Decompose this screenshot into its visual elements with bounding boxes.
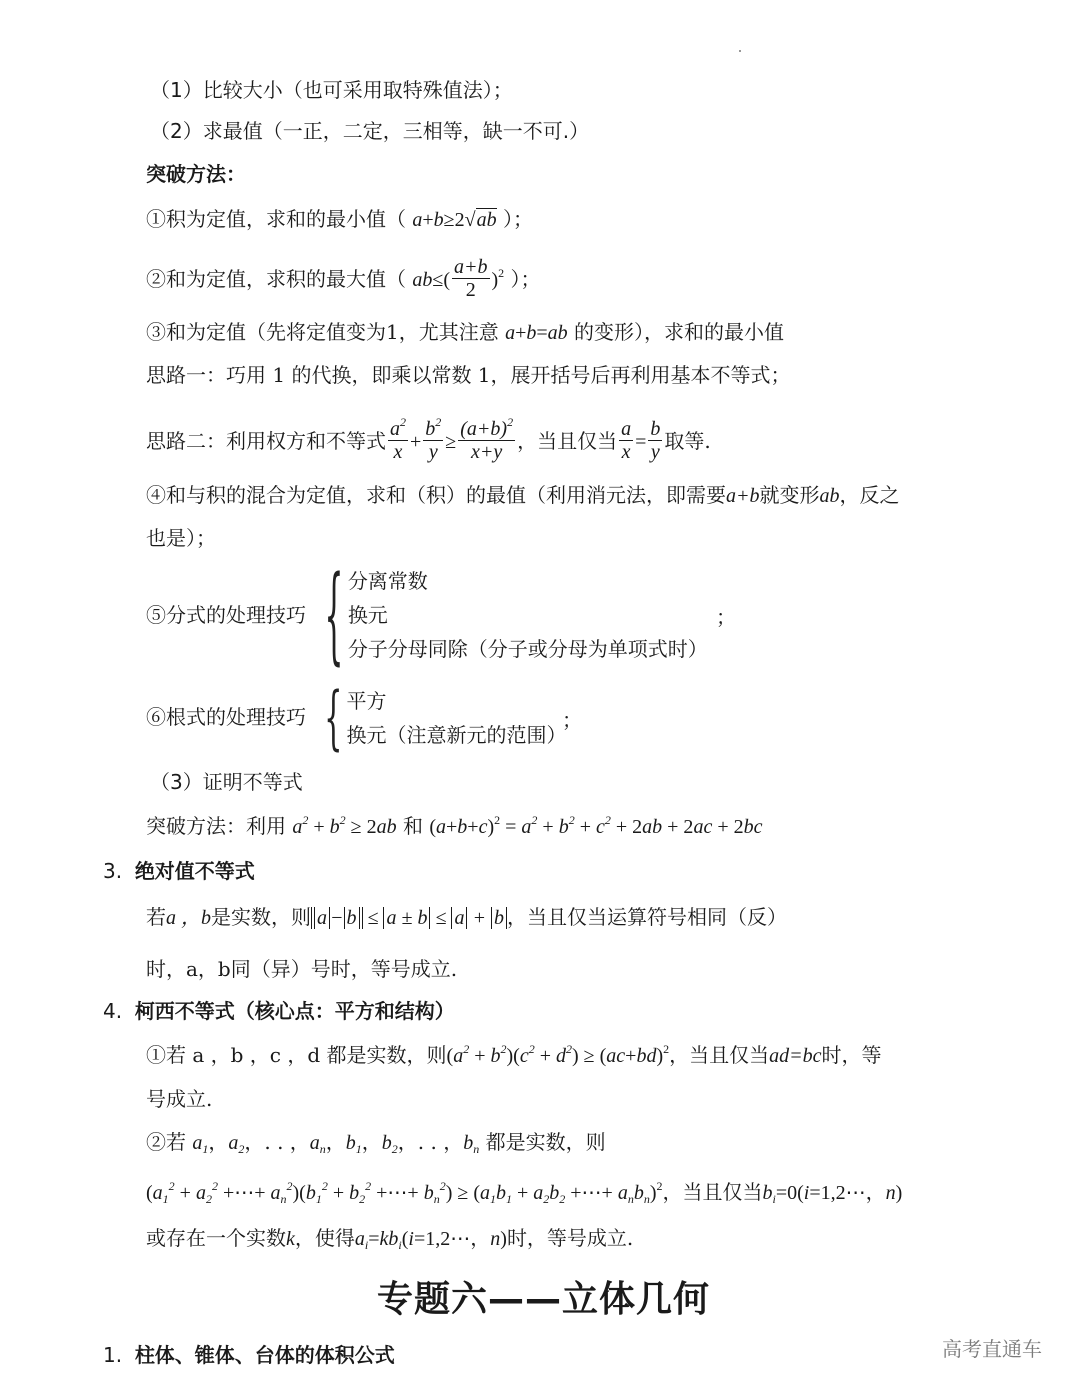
idea-1: 思路一：巧用 1 的代换，即乘以常数 1，展开括号后再利用基本不等式； [146,361,791,389]
method-6-label: ⑥根式的处理技巧 [146,703,306,731]
section-4-heading: 4. 柯西不等式（核心点：平方和结构） [103,997,455,1025]
formula-triangle-inequality: a−b ≤ a ± b ≤ a + b [311,907,507,929]
method-5-brace-list: { 分离常数 换元 分子分母同除（分子或分母为单项式时） [318,564,708,666]
fraction-a-x: ax [619,418,633,463]
method-6-tail: ； [562,706,582,734]
use-prove-inequality: （3）证明不等式 [150,768,303,796]
cauchy-item-2-line3: 或存在一个实数k，使得ai=kbi(i=1,2⋯，n)时，等号成立. [146,1224,633,1253]
section-3-heading: 3. 绝对值不等式 [103,857,255,885]
use-extremum: （2）求最值（一正，二定，三相等，缺一不可.） [150,117,589,145]
breakthrough-heading: 突破方法： [146,160,246,188]
fraction-b2-y: b2y [423,418,443,463]
use-compare-size: （1）比较大小（也可采用取特殊值法）； [150,76,513,104]
section-1-heading: 1. 柱体、锥体、台体的体积公式 [103,1341,395,1369]
method-4-line2: 也是）； [146,524,216,552]
proof-method: 突破方法：利用 a2 + b2 ≥ 2ab 和 (a+b+c)2 = a2 + … [146,812,763,841]
watermark: 高考直通车 [942,1333,1042,1362]
scan-speck [739,50,741,52]
fraction-half-sum: a+b2 [452,256,490,301]
left-brace-icon: { [324,554,343,676]
cauchy-item-2-line2: (a12 + a22 +⋯+ an2)(b12 + b22 +⋯+ bn2) ≥… [146,1178,902,1207]
method-6-brace-list: { 平方 换元（注意新元的范围） [318,684,567,752]
method-1: ①积为定值，求和的最小值（ a+b≥2√ab ）； [146,205,533,234]
cauchy-item-1-line1: ①若 a ，b ，c ，d 都是实数，则(a2 + b2)(c2 + d2) ≥… [146,1041,882,1070]
method-2: ②和为定值，求积的最大值（ ab≤(a+b2)2 ）； [146,258,541,303]
cauchy-item-2-line1: ②若 a1，a2，. . ，an，b1，b2，. . ，bn 都是实数，则 [146,1128,606,1157]
fraction-sum-sq: (a+b)2x+y [458,418,515,463]
absolute-value-line2: 时，a，b同（异）号时，等号成立. [146,955,457,983]
cauchy-item-1-line2: 号成立. [146,1085,212,1113]
idea-2: 思路二：利用权方和不等式a2x+b2y≥(a+b)2x+y，当且仅当ax=by取… [146,420,711,465]
formula-am-gm-sum: a [412,209,422,231]
left-brace-icon: { [324,677,342,758]
sqrt-sign: √ [465,209,476,231]
fraction-a2-x: a2x [388,418,408,463]
method-4-line1: ④和与积的混合为定值，求和（积）的最值（利用消元法，即需要a+b就变形ab，反之 [146,481,900,510]
method-3: ③和为定值（先将定值变为1，尤其注意 a+b=ab 的变形），求和的最小值 [146,318,784,347]
chapter-title: 专题六——立体几何 [377,1271,710,1322]
absolute-value-line1: 若a ，b是实数，则a−b ≤ a ± b ≤ a + b，当且仅当运算符号相同… [146,903,787,932]
method-5-label: ⑤分式的处理技巧 [146,601,306,629]
method-5-tail: ； [716,603,736,631]
fraction-b-y: by [648,418,662,463]
